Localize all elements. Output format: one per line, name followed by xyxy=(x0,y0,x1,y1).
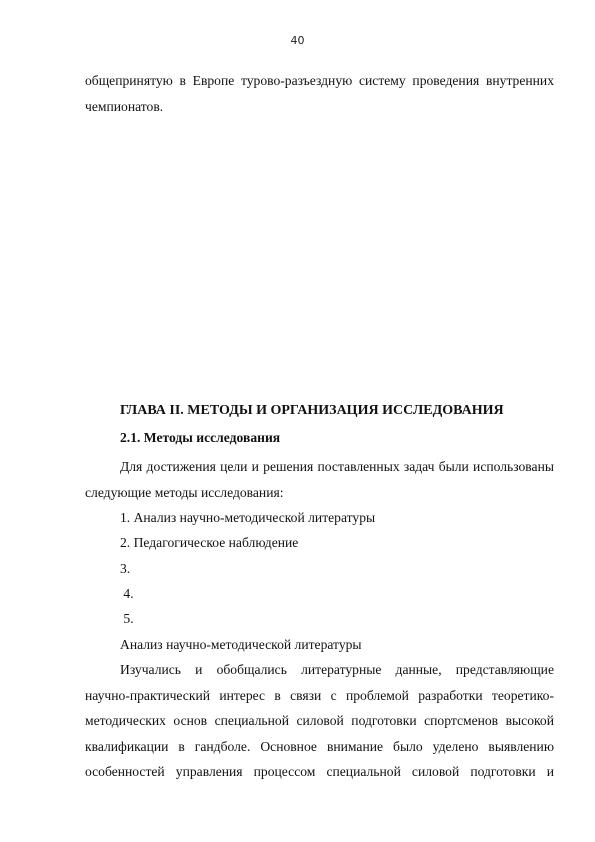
methods-list-item: 4. xyxy=(120,585,554,602)
section-heading: 2.1. Методы исследования xyxy=(120,429,554,446)
subheading: Анализ научно-методической литературы xyxy=(120,636,554,653)
body-paragraph-line: особенностей управления процессом специа… xyxy=(85,763,554,780)
top-paragraph-line: чемпионатов. xyxy=(85,98,554,115)
body-paragraph-line: квалификации в гандболе. Основное вниман… xyxy=(85,738,554,755)
page-number: 40 xyxy=(0,34,595,47)
methods-list-item: 1. Анализ научно-методической литературы xyxy=(120,509,554,526)
methods-list-item: 3. xyxy=(120,560,554,577)
chapter-heading: ГЛАВА II. МЕТОДЫ И ОРГАНИЗАЦИЯ ИССЛЕДОВА… xyxy=(120,402,554,419)
intro-paragraph-line: следующие методы исследования: xyxy=(85,484,554,501)
body-paragraph-line: научно-практический интерес в связи с пр… xyxy=(85,687,554,704)
intro-paragraph-line: Для достижения цели и решения поставленн… xyxy=(120,458,554,475)
body-paragraph-line: Изучались и обобщались литературные данн… xyxy=(120,661,554,678)
body-paragraph-line: методических основ специальной силовой п… xyxy=(85,712,554,729)
methods-list-item: 2. Педагогическое наблюдение xyxy=(120,534,554,551)
methods-list-item: 5. xyxy=(120,610,554,627)
top-paragraph-line: общепринятую в Европе турово-разъездную … xyxy=(85,72,554,89)
